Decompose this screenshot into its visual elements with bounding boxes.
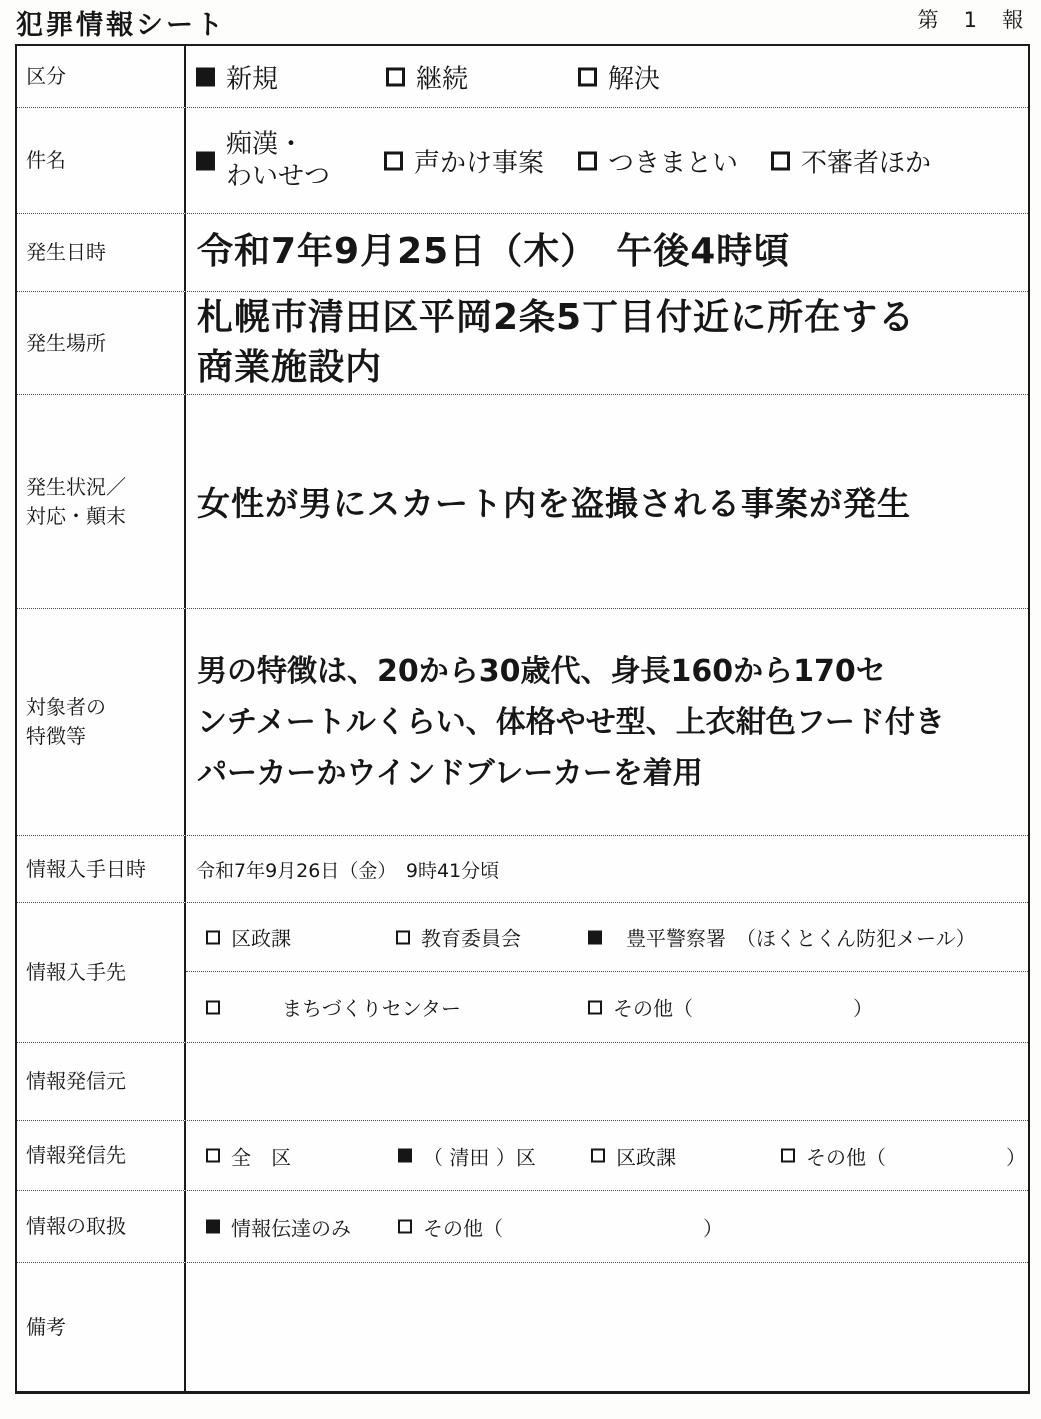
option-info-destination-other[interactable]: その他（ ） <box>781 1141 1026 1170</box>
option-label-stalking: つきまとい <box>608 142 738 179</box>
row-label-category: 区分 <box>17 46 186 107</box>
option-stalking[interactable]: つきまとい <box>578 142 738 179</box>
row-label-info-obtained-datetime: 情報入手日時 <box>17 836 186 902</box>
label-text-info-destination: 情報発信先 <box>26 1141 126 1170</box>
row-label-subject-characteristics: 対象者の 特徴等 <box>17 609 186 835</box>
row-content-info-handling: 情報伝達のみ その他（ ） <box>186 1191 1028 1262</box>
option-kiyota-ward[interactable]: （ 清田 ）区 <box>398 1141 536 1170</box>
info-source-subrow-1: 区政課 教育委員会 豊平警察署 （ほくとくん防犯メール） <box>186 903 1028 972</box>
row-label-info-source: 情報入手先 <box>17 903 186 1042</box>
checkbox-ward-admin-section[interactable] <box>206 930 220 944</box>
row-info-source: 情報入手先 区政課 教育委員会 豊平警察署 （ほくとくん防犯メール） <box>17 903 1028 1043</box>
option-ward-admin-section[interactable]: 区政課 <box>206 923 291 952</box>
option-label-molester-obscenity: 痴漢・ わいせつ <box>226 128 330 193</box>
occurrence-place-value: 札幌市清田区平岡2条5丁目付近に所在する 商業施設内 <box>186 292 1028 394</box>
checkbox-stalking[interactable] <box>578 151 597 170</box>
label-text-remarks: 備考 <box>26 1313 66 1342</box>
row-label-info-destination: 情報発信先 <box>17 1121 186 1190</box>
label-text-situation-outcome: 発生状況／ 対応・顛末 <box>26 473 126 531</box>
checkbox-resolved[interactable] <box>578 67 597 86</box>
row-remarks: 備考 <box>17 1263 1028 1391</box>
row-content-info-destination: 全 区 （ 清田 ）区 区政課 その他（ ） <box>186 1121 1028 1190</box>
checkbox-info-handling-other[interactable] <box>398 1220 412 1234</box>
report-number: 第 1 報 <box>918 4 1029 44</box>
row-info-destination: 情報発信先 全 区 （ 清田 ）区 区政課 その他（ ） <box>17 1121 1028 1191</box>
subject-characteristics-value: 男の特徴は、20から30歳代、身長160から170セ ンチメートルくらい、体格や… <box>186 609 1028 835</box>
checkbox-continuing[interactable] <box>386 67 405 86</box>
option-info-handling-other[interactable]: その他（ ） <box>398 1212 723 1241</box>
option-continuing[interactable]: 継続 <box>386 58 468 95</box>
option-label-approaching-incident: 声かけ事案 <box>414 142 544 179</box>
checkbox-all-wards[interactable] <box>206 1149 220 1163</box>
crime-info-sheet-page: 犯罪情報シート 第 1 報 区分 新規 継続 解決 <box>0 0 1041 1419</box>
checkbox-new[interactable] <box>196 67 215 86</box>
option-suspicious-person[interactable]: 不審者ほか <box>771 142 931 179</box>
checkbox-info-transmission-only[interactable] <box>206 1220 220 1234</box>
row-case-name: 件名 痴漢・ わいせつ 声かけ事案 つきまとい 不審者ほか <box>17 108 1028 214</box>
option-board-of-education[interactable]: 教育委員会 <box>396 923 521 952</box>
row-label-info-origin: 情報発信元 <box>17 1043 186 1120</box>
option-label-dest-ward-admin-section: 区政課 <box>616 1141 676 1170</box>
row-content-situation-outcome: 女性が男にスカート内を盗撮される事案が発生 <box>186 395 1028 608</box>
page-title: 犯罪情報シート <box>16 3 226 44</box>
option-machizukuri-center[interactable]: まちづくりセンター <box>206 993 461 1022</box>
row-label-occurrence-datetime: 発生日時 <box>17 214 186 291</box>
row-content-occurrence-datetime: 令和7年9月25日（木） 午後4時頃 <box>186 214 1028 291</box>
row-label-case-name: 件名 <box>17 108 186 213</box>
row-content-category: 新規 継続 解決 <box>186 46 1028 107</box>
option-info-source-other[interactable]: その他（ ） <box>588 993 873 1022</box>
option-approaching-incident[interactable]: 声かけ事案 <box>384 142 544 179</box>
option-label-new: 新規 <box>226 58 278 95</box>
option-label-info-transmission-only: 情報伝達のみ <box>231 1212 351 1241</box>
row-content-case-name: 痴漢・ わいせつ 声かけ事案 つきまとい 不審者ほか <box>186 108 1028 213</box>
situation-outcome-value: 女性が男にスカート内を盗撮される事案が発生 <box>186 395 1028 608</box>
option-label-kiyota-ward: （ 清田 ）区 <box>423 1141 536 1170</box>
option-label-continuing: 継続 <box>416 58 468 95</box>
option-label-machizukuri-center: まちづくりセンター <box>282 993 461 1022</box>
checkbox-suspicious-person[interactable] <box>771 151 790 170</box>
option-label-suspicious-person: 不審者ほか <box>801 142 931 179</box>
option-label-ward-admin-section: 区政課 <box>231 923 291 952</box>
label-text-info-handling: 情報の取扱 <box>26 1212 126 1241</box>
label-text-occurrence-datetime: 発生日時 <box>26 238 106 267</box>
row-content-subject-characteristics: 男の特徴は、20から30歳代、身長160から170セ ンチメートルくらい、体格や… <box>186 609 1028 835</box>
checkbox-toyohira-police[interactable] <box>588 930 602 944</box>
row-occurrence-datetime: 発生日時 令和7年9月25日（木） 午後4時頃 <box>17 214 1028 292</box>
option-label-info-handling-other: その他（ ） <box>423 1212 723 1241</box>
row-content-occurrence-place: 札幌市清田区平岡2条5丁目付近に所在する 商業施設内 <box>186 292 1028 394</box>
row-info-obtained-datetime: 情報入手日時 令和7年9月26日（金） 9時41分頃 <box>17 836 1028 903</box>
checkbox-kiyota-ward[interactable] <box>398 1149 412 1163</box>
option-molester-obscenity[interactable]: 痴漢・ わいせつ <box>196 128 330 193</box>
row-category: 区分 新規 継続 解決 <box>17 46 1028 108</box>
row-content-info-origin <box>186 1043 1028 1120</box>
row-occurrence-place: 発生場所 札幌市清田区平岡2条5丁目付近に所在する 商業施設内 <box>17 292 1028 395</box>
option-toyohira-police[interactable]: 豊平警察署 （ほくとくん防犯メール） <box>588 923 976 952</box>
option-label-resolved: 解決 <box>608 58 660 95</box>
checkbox-machizukuri-center[interactable] <box>206 1000 220 1014</box>
row-label-situation-outcome: 発生状況／ 対応・顛末 <box>17 395 186 608</box>
row-info-handling: 情報の取扱 情報伝達のみ その他（ ） <box>17 1191 1028 1263</box>
option-label-info-destination-other: その他（ ） <box>806 1141 1026 1170</box>
info-obtained-datetime-value: 令和7年9月26日（金） 9時41分頃 <box>186 836 1028 902</box>
label-text-info-origin: 情報発信元 <box>26 1067 126 1096</box>
option-label-all-wards: 全 区 <box>231 1141 291 1170</box>
row-content-info-source: 区政課 教育委員会 豊平警察署 （ほくとくん防犯メール） まちづくりセンター <box>186 903 1028 1042</box>
row-label-occurrence-place: 発生場所 <box>17 292 186 394</box>
option-resolved[interactable]: 解決 <box>578 58 660 95</box>
option-info-transmission-only[interactable]: 情報伝達のみ <box>206 1212 351 1241</box>
option-label-toyohira-police: 豊平警察署 （ほくとくん防犯メール） <box>626 923 976 952</box>
page-header: 犯罪情報シート 第 1 報 <box>16 3 1029 44</box>
row-content-remarks <box>186 1263 1028 1391</box>
checkbox-board-of-education[interactable] <box>396 930 410 944</box>
label-text-subject-characteristics: 対象者の 特徴等 <box>26 693 106 751</box>
checkbox-info-source-other[interactable] <box>588 1000 602 1014</box>
row-label-info-handling: 情報の取扱 <box>17 1191 186 1262</box>
remarks-value <box>186 1263 1028 1391</box>
info-origin-value <box>186 1043 1028 1120</box>
row-label-remarks: 備考 <box>17 1263 186 1391</box>
form-table: 区分 新規 継続 解決 件名 <box>15 44 1030 1394</box>
option-all-wards[interactable]: 全 区 <box>206 1141 291 1170</box>
option-dest-ward-admin-section[interactable]: 区政課 <box>591 1141 676 1170</box>
checkbox-dest-ward-admin-section[interactable] <box>591 1149 605 1163</box>
option-label-board-of-education: 教育委員会 <box>421 923 521 952</box>
label-text-category: 区分 <box>26 62 66 91</box>
label-text-case-name: 件名 <box>26 146 66 175</box>
label-text-occurrence-place: 発生場所 <box>26 329 106 358</box>
occurrence-datetime-value: 令和7年9月25日（木） 午後4時頃 <box>186 214 1028 291</box>
checkbox-molester-obscenity[interactable] <box>196 151 215 170</box>
option-new[interactable]: 新規 <box>196 58 278 95</box>
row-subject-characteristics: 対象者の 特徴等 男の特徴は、20から30歳代、身長160から170セ ンチメー… <box>17 609 1028 836</box>
option-label-info-source-other: その他（ ） <box>613 993 873 1022</box>
label-text-info-obtained-datetime: 情報入手日時 <box>26 855 146 884</box>
info-source-subrow-2: まちづくりセンター その他（ ） <box>186 972 1028 1042</box>
row-content-info-obtained-datetime: 令和7年9月26日（金） 9時41分頃 <box>186 836 1028 902</box>
label-text-info-source: 情報入手先 <box>26 958 126 987</box>
checkbox-info-destination-other[interactable] <box>781 1149 795 1163</box>
checkbox-approaching-incident[interactable] <box>384 151 403 170</box>
row-info-origin: 情報発信元 <box>17 1043 1028 1121</box>
row-situation-outcome: 発生状況／ 対応・顛末 女性が男にスカート内を盗撮される事案が発生 <box>17 395 1028 609</box>
